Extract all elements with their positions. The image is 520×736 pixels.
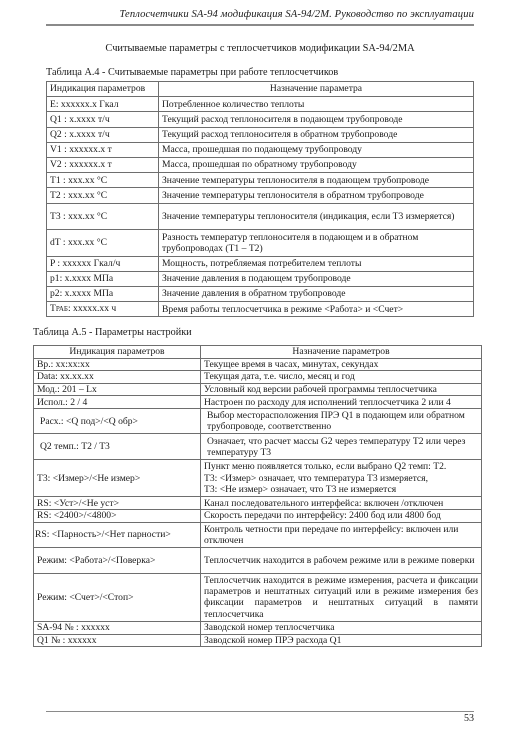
page-number: 53 [464, 713, 474, 724]
indication-cell: Вр.: xx:xx:xx [34, 358, 201, 371]
table-row: T2 : xxx.xx °C Значение температуры тепл… [47, 188, 474, 203]
indication-cell: Режим: <Счет>/<Стоп> [34, 573, 201, 622]
indication-cell: p2: x.xxxx МПа [47, 286, 159, 301]
table-row: Расх.: <Q под>/<Q обр> Выбор местораспол… [34, 408, 482, 434]
purpose-cell: Настроен по расходу для исполнений тепло… [201, 396, 482, 409]
purpose-cell: Значение давления в обратном трубопровод… [159, 286, 474, 301]
purpose-cell: Теплосчетчик находится в рабочем режиме … [201, 548, 482, 574]
indication-cell: Q1 № : xxxxxx [34, 634, 201, 647]
indication-subscript: РАБ [56, 305, 68, 313]
running-header: Теплосчетчики SA-94 модификация SA-94/2M… [46, 8, 474, 26]
purpose-line: T3: <Не измер> означает, что Т3 не измер… [204, 484, 478, 495]
table-row: RS: <2400>/<4800> Скорость передачи по и… [34, 510, 482, 523]
indication-cell: TРАБ: xxxxx.xx ч [47, 302, 159, 317]
purpose-cell: Скорость передачи по интерфейсу: 2400 бо… [201, 510, 482, 523]
indication-cell: T1 : xxx.xx °C [47, 173, 159, 188]
indication-cell: E: xxxxxx.x Гкал [47, 97, 159, 112]
indication-cell: p1: x.xxxx МПа [47, 271, 159, 286]
table-row: Испол.: 2 / 4 Настроен по расходу для ис… [34, 396, 482, 409]
indication-cell: V1 : xxxxxx.x т [47, 142, 159, 157]
table-row: TРАБ: xxxxx.xx ч Время работы теплосчетч… [47, 302, 474, 317]
table-row: Вр.: xx:xx:xx Текущее время в часах, мин… [34, 358, 482, 371]
purpose-cell: Означает, что расчет массы G2 через темп… [201, 434, 482, 460]
purpose-cell: Мощность, потребляемая потребителем тепл… [159, 256, 474, 271]
column-header-purpose: Назначение параметра [159, 82, 474, 97]
indication-cell: dT : xxx.xx °C [47, 230, 159, 257]
indication-cell: P : xxxxxx Гкал/ч [47, 256, 159, 271]
table-a4: Индикация параметров Назначение параметр… [46, 81, 474, 317]
indication-cell: V2 : xxxxxx.x т [47, 157, 159, 172]
indication-cell: Расх.: <Q под>/<Q обр> [34, 408, 201, 434]
table-row: dT : xxx.xx °C Разность температур тепло… [47, 230, 474, 257]
table-row: Режим: <Работа>/<Поверка> Теплосчетчик н… [34, 548, 482, 574]
indication-cell: Режим: <Работа>/<Поверка> [34, 548, 201, 574]
table-header-row: Индикация параметров Назначение параметр… [34, 346, 482, 359]
table-row: Q2 : x.xxxx т/ч Текущий расход теплоноси… [47, 127, 474, 142]
table-header-row: Индикация параметров Назначение параметр… [47, 82, 474, 97]
table-row: V1 : xxxxxx.x т Масса, прошедшая по пода… [47, 142, 474, 157]
table-a4-caption: Таблица А.4 - Считываемые параметры при … [46, 67, 338, 78]
indication-cell: Испол.: 2 / 4 [34, 396, 201, 409]
table-a5: Индикация параметров Назначение параметр… [33, 345, 482, 647]
purpose-cell: Контроль четности при передаче по интерф… [201, 522, 482, 548]
purpose-cell: Текущая дата, т.е. число, месяц и год [201, 371, 482, 384]
purpose-cell: Условный код версии рабочей программы те… [201, 383, 482, 396]
purpose-line: T3: <Измер> означает, что температура Т3… [204, 473, 478, 484]
table-row: RS: <Парность>/<Нет парности> Контроль ч… [34, 522, 482, 548]
table-row: V2 : xxxxxx.x т Масса, прошедшая по обра… [47, 157, 474, 172]
purpose-cell: Теплосчетчик находится в режиме измерени… [201, 573, 482, 622]
purpose-cell: Выбор месторасположения ПРЭ Q1 в подающе… [201, 408, 482, 434]
indication-cell: Мод.: 201 – Lx [34, 383, 201, 396]
table-row: Q2 темп.: T2 / T3 Означает, что расчет м… [34, 434, 482, 460]
purpose-cell: Значение температуры теплоносителя в обр… [159, 188, 474, 203]
table-row: T3 : xxx.xx °C Значение температуры тепл… [47, 203, 474, 230]
table-row: T1 : xxx.xx °C Значение температуры тепл… [47, 173, 474, 188]
indication-cell: T3: <Измер>/<Не измер> [34, 459, 201, 497]
purpose-cell: Время работы теплосчетчика в режиме <Раб… [159, 302, 474, 317]
purpose-cell: Разность температур теплоносителя в пода… [159, 230, 474, 257]
indication-value: : xxxxx.xx ч [68, 303, 116, 314]
purpose-cell: Масса, прошедшая по подающему трубопрово… [159, 142, 474, 157]
indication-cell: RS: <2400>/<4800> [34, 510, 201, 523]
table-row: RS: <Уст>/<Не уст> Канал последовательно… [34, 497, 482, 510]
table-row: SA-94 № : xxxxxx Заводской номер теплосч… [34, 622, 482, 635]
purpose-cell: Текущий расход теплоносителя в подающем … [159, 112, 474, 127]
indication-cell: T3 : xxx.xx °C [47, 203, 159, 230]
indication-cell: Q2 темп.: T2 / T3 [34, 434, 201, 460]
table-row: T3: <Измер>/<Не измер> Пункт меню появля… [34, 459, 482, 497]
purpose-line: Пункт меню появляется только, если выбра… [204, 461, 478, 472]
purpose-cell: Текущий расход теплоносителя в обратном … [159, 127, 474, 142]
purpose-cell: Масса, прошедшая по обратному трубопрово… [159, 157, 474, 172]
table-row: Режим: <Счет>/<Стоп> Теплосчетчик находи… [34, 573, 482, 622]
indication-cell: Q1 : x.xxxx т/ч [47, 112, 159, 127]
table-row: Data: xx.xx.xx Текущая дата, т.е. число,… [34, 371, 482, 384]
purpose-cell: Заводской номер ПРЭ расхода Q1 [201, 634, 482, 647]
table-row: Q1 № : xxxxxx Заводской номер ПРЭ расход… [34, 634, 482, 647]
indication-cell: Q2 : x.xxxx т/ч [47, 127, 159, 142]
column-header-purpose: Назначение параметров [201, 346, 482, 359]
indication-cell: Data: xx.xx.xx [34, 371, 201, 384]
table-row: Мод.: 201 – Lx Условный код версии рабоч… [34, 383, 482, 396]
indication-cell: RS: <Уст>/<Не уст> [34, 497, 201, 510]
indication-cell: RS: <Парность>/<Нет парности> [34, 522, 201, 548]
section-title: Считываемые параметры с теплосчетчиков м… [0, 43, 520, 54]
table-row: p1: x.xxxx МПа Значение давления в подаю… [47, 271, 474, 286]
indication-cell: T2 : xxx.xx °C [47, 188, 159, 203]
table-row: p2: x.xxxx МПа Значение давления в обрат… [47, 286, 474, 301]
purpose-cell: Значение температуры теплоносителя в под… [159, 173, 474, 188]
purpose-cell: Пункт меню появляется только, если выбра… [201, 459, 482, 497]
table-row: P : xxxxxx Гкал/ч Мощность, потребляемая… [47, 256, 474, 271]
purpose-cell: Канал последовательного интерфейса: вклю… [201, 497, 482, 510]
purpose-cell: Значение давления в подающем трубопровод… [159, 271, 474, 286]
indication-cell: SA-94 № : xxxxxx [34, 622, 201, 635]
purpose-cell: Заводской номер теплосчетчика [201, 622, 482, 635]
purpose-cell: Текущее время в часах, минутах, секундах [201, 358, 482, 371]
column-header-indication: Индикация параметров [47, 82, 159, 97]
table-row: Q1 : x.xxxx т/ч Текущий расход теплоноси… [47, 112, 474, 127]
footer-rule [46, 711, 474, 712]
table-a5-caption: Таблица А.5 - Параметры настройки [33, 327, 192, 338]
purpose-cell: Потребленное количество теплоты [159, 97, 474, 112]
table-row: E: xxxxxx.x Гкал Потребленное количество… [47, 97, 474, 112]
column-header-indication: Индикация параметров [34, 346, 201, 359]
purpose-cell: Значение температуры теплоносителя (инди… [159, 203, 474, 230]
